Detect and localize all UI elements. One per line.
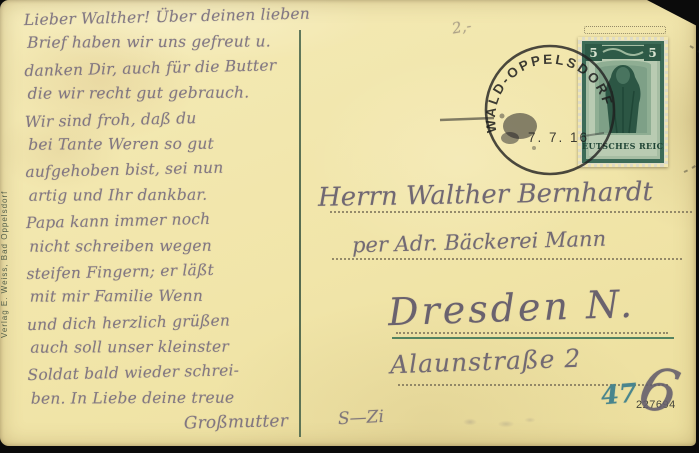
message-line: Brief haben wir uns gefreut u. bbox=[27, 33, 296, 60]
pencil-sorter-mark: S—Zi bbox=[338, 407, 385, 429]
postmark: WALD-OPPELSDORF 7. 7. 16 bbox=[432, 38, 642, 188]
pencil-number: 6 bbox=[632, 352, 686, 429]
message-line: Wir sind froh, daß du bbox=[25, 106, 298, 138]
address-dotted-line bbox=[332, 258, 682, 260]
blue-pencil-number: 47 bbox=[600, 378, 639, 411]
publisher-imprint: Verlag E. Weiss, Bad Oppelsdorf bbox=[0, 138, 9, 338]
postmark-date: 7. 7. 16 bbox=[528, 130, 589, 145]
message-line: und dich herzlich grüßen bbox=[27, 310, 300, 342]
message-line: artig und Ihr dankbar. bbox=[29, 185, 298, 212]
divider-line bbox=[299, 30, 301, 437]
message-area: Lieber Walther! Über deinen lieben Brief… bbox=[24, 7, 301, 441]
stamp-perforation-strip bbox=[584, 26, 666, 34]
message-line: aufgehoben bist, sei nun bbox=[25, 157, 298, 189]
address-street: Alaunstraße 2 bbox=[390, 344, 582, 380]
message-line: nicht schreiben wegen bbox=[29, 236, 298, 263]
pencil-smudge bbox=[458, 410, 538, 432]
message-line: die wir recht gut gebrauch. bbox=[28, 83, 297, 110]
pencil-price-mark: 2,- bbox=[451, 16, 473, 37]
address-dotted-line bbox=[330, 211, 692, 213]
message-line: mit mir Familie Wenn bbox=[30, 287, 299, 314]
postmark-partial-second bbox=[640, 40, 699, 180]
address-care-of: per Adr. Bäckerei Mann bbox=[352, 227, 607, 258]
message-line: Großmutter bbox=[28, 411, 301, 443]
address-city: Dresden N. bbox=[387, 282, 635, 335]
postcard-back: Lieber Walther! Über deinen lieben Brief… bbox=[0, 0, 696, 446]
message-line: Soldat bald wieder schrei- bbox=[27, 360, 300, 392]
address-dotted-line bbox=[396, 332, 668, 334]
message-line: Papa kann immer noch bbox=[26, 208, 299, 240]
address-green-underline bbox=[392, 337, 674, 339]
postcard-scan: Lieber Walther! Über deinen lieben Brief… bbox=[0, 0, 699, 453]
